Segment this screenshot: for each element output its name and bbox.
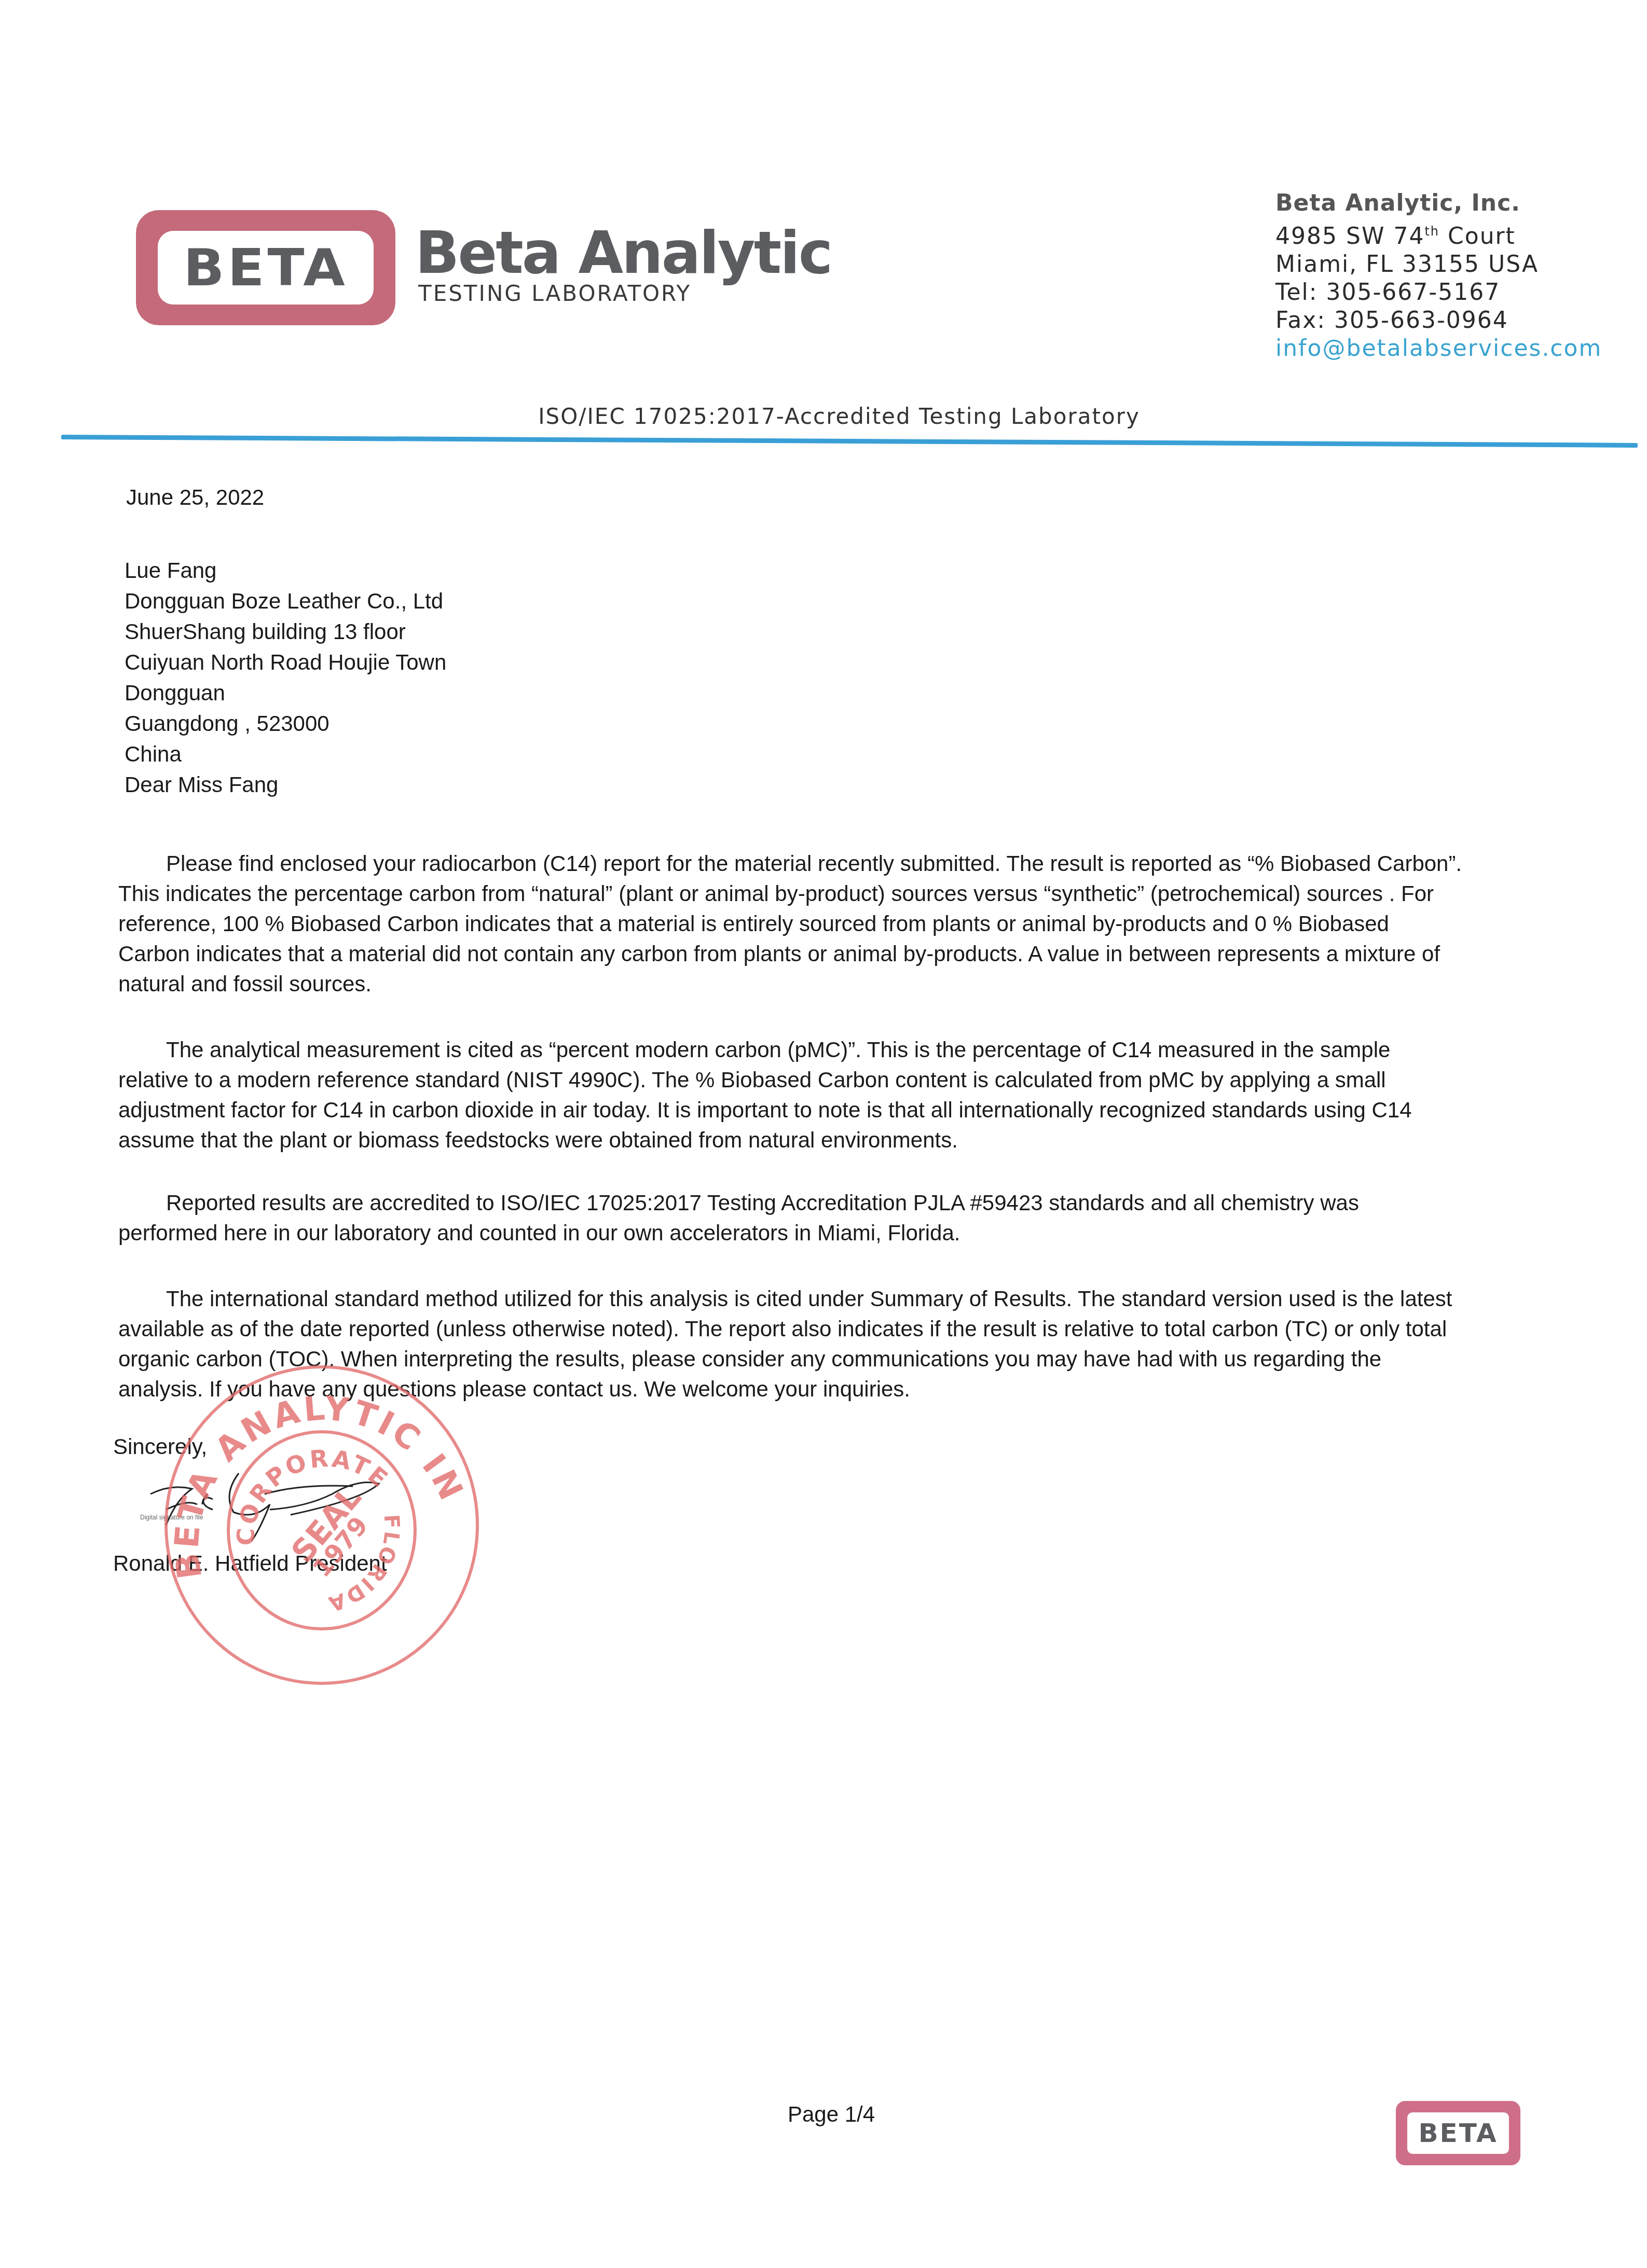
recipient-company: Dongguan Boze Leather Co., Ltd	[125, 586, 446, 616]
email-link[interactable]: info@betalabservices.com	[1275, 335, 1602, 363]
signer-name: Ronald E. Hatfield President	[113, 1548, 387, 1579]
recipient-name: Lue Fang	[125, 555, 446, 586]
brand-name: Beta Analytic	[415, 224, 831, 282]
street-address: 4985 SW 74th Court	[1275, 217, 1602, 251]
recipient-address-line: ShuerShang building 13 floor	[125, 616, 446, 647]
letter-date: June 25, 2022	[126, 482, 264, 513]
footer-logo-text: BETA	[1418, 2118, 1498, 2148]
page-number: Page 1/4	[788, 2102, 875, 2127]
header-divider	[61, 435, 1638, 448]
signature-image	[135, 1463, 426, 1546]
recipient-province: Guangdong , 523000	[125, 708, 446, 739]
company-name: Beta Analytic, Inc.	[1275, 189, 1602, 217]
recipient-block: Lue Fang Dongguan Boze Leather Co., Ltd …	[125, 555, 446, 800]
recipient-city: Dongguan	[125, 677, 446, 708]
company-address-block: Beta Analytic, Inc. 4985 SW 74th Court M…	[1275, 189, 1602, 363]
recipient-address-line: Cuiyuan North Road Houjie Town	[125, 647, 446, 677]
closing: Sincerely,	[113, 1432, 207, 1462]
accreditation-line: ISO/IEC 17025:2017-Accredited Testing La…	[0, 404, 1647, 429]
body-paragraph: Reported results are accredited to ISO/I…	[118, 1188, 1462, 1248]
footer-beta-logo: BETA	[1396, 2101, 1520, 2165]
beta-logo-badge: BETA	[136, 210, 395, 325]
fax: Fax: 305-663-0964	[1275, 307, 1602, 335]
body-paragraph: The analytical measurement is cited as “…	[118, 1035, 1462, 1155]
logo-badge-text: BETA	[183, 238, 348, 298]
body-paragraph: The international standard method utiliz…	[118, 1284, 1462, 1404]
recipient-country: China	[125, 739, 446, 769]
salutation: Dear Miss Fang	[125, 769, 446, 800]
telephone: Tel: 305-667-5167	[1275, 279, 1602, 307]
body-paragraph: Please find enclosed your radiocarbon (C…	[118, 849, 1462, 999]
city-line: Miami, FL 33155 USA	[1275, 251, 1602, 279]
brand-tagline: TESTING LABORATORY	[418, 283, 691, 305]
signature-caption: Digital signature on file	[140, 1514, 203, 1521]
